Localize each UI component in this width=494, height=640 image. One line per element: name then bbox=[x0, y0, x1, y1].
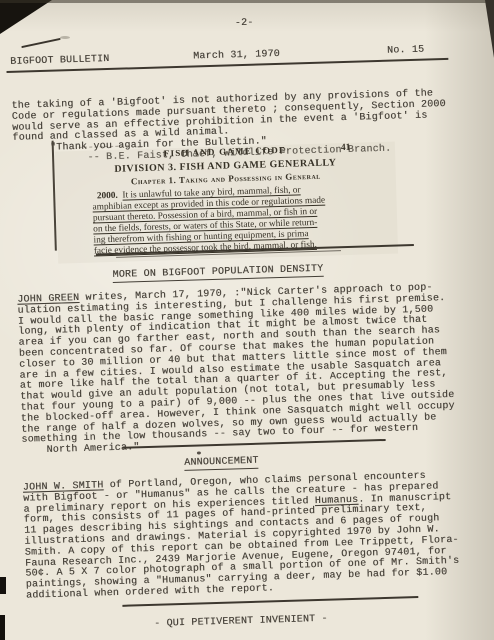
clipping-page-ref: 41 bbox=[341, 143, 351, 153]
pen-smudge-mark bbox=[60, 36, 70, 39]
page-number: -2- bbox=[222, 18, 266, 30]
page-content: -2- BIGFOOT BULLETIN March 31, 1970 No. … bbox=[0, 0, 494, 640]
code-section-number: 2000. bbox=[92, 191, 123, 202]
footer-motto: - QUI PETIVERENT INVENIENT - bbox=[9, 610, 473, 635]
announcement-paragraph: JOHN W. SMITH of Portland, Oregon, who c… bbox=[23, 471, 460, 603]
masthead-date: March 31, 1970 bbox=[193, 50, 280, 63]
scan-binding-mark-2 bbox=[0, 615, 5, 640]
masthead-title: BIGFOOT BULLETIN bbox=[10, 55, 109, 69]
population-density-heading-text: MORE ON BIGFOOT POPULATION DENSITY bbox=[112, 264, 323, 283]
announcement-heading: ANNOUNCEMENT bbox=[184, 457, 259, 470]
announcement-heading-text: ANNOUNCEMENT bbox=[184, 456, 259, 471]
scan-binding-mark-1 bbox=[0, 577, 6, 594]
scan-edge-artifact-right bbox=[485, 0, 494, 58]
code-section-text: It is unlawful to take any bird, mammal,… bbox=[92, 185, 325, 256]
announcement-body-lines: form, this consists of 11 pages of hand-… bbox=[24, 503, 460, 602]
masthead-issue-number: No. 15 bbox=[387, 46, 425, 58]
scan-edge-artifact-top bbox=[0, 0, 494, 3]
population-density-paragraph: JOHN GREEN writes, March 17, 1970, :"Nic… bbox=[17, 283, 456, 458]
population-density-heading: MORE ON BIGFOOT POPULATION DENSITY bbox=[112, 265, 323, 282]
scanned-newsletter-page: -2- BIGFOOT BULLETIN March 31, 1970 No. … bbox=[0, 0, 494, 640]
population-body-lines: ulation estimating is interesting, but I… bbox=[18, 294, 456, 458]
ink-speck bbox=[197, 451, 201, 454]
